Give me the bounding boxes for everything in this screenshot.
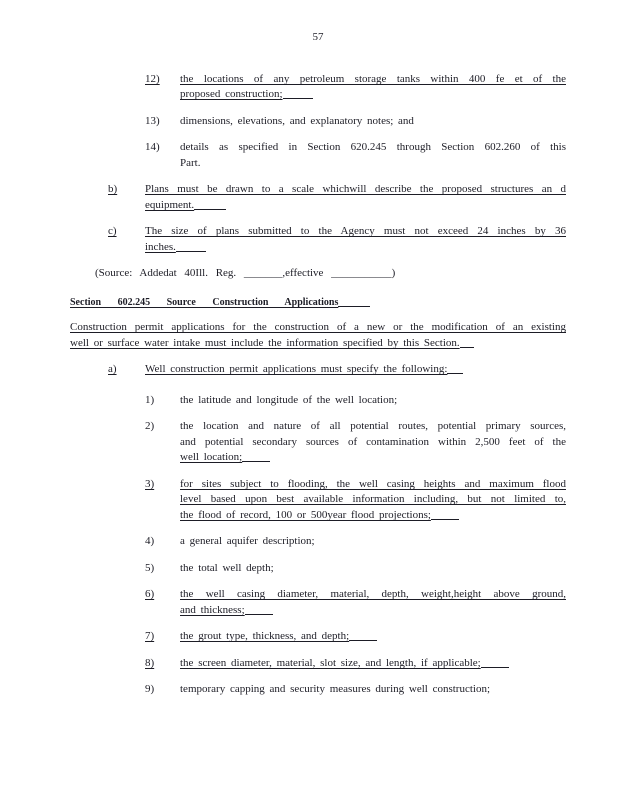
list-item-text: the well casing diameter, material, dept… — [180, 587, 566, 618]
list-item: 14)details as specified in Section 620.2… — [145, 140, 566, 171]
underline-tail — [283, 96, 313, 99]
list-item: Construction permit applications for the… — [70, 320, 566, 351]
list-item: a)Well construction permit applications … — [108, 362, 566, 378]
list-item-label: 6) — [145, 587, 180, 618]
list-item-label: 3) — [145, 477, 180, 524]
section-heading-text: Section 602.245 Source Construction Appl… — [70, 297, 338, 308]
list-item: 3)for sites subject to flooding, the wel… — [145, 477, 566, 524]
text-line: Part. — [180, 156, 566, 172]
text-line: the total well depth; — [180, 561, 566, 577]
list-item-a: a)Well construction permit applications … — [70, 362, 566, 378]
list-item-text: for sites subject to flooding, the well … — [180, 477, 566, 524]
underline-tail — [431, 517, 459, 520]
text-line: for sites subject to flooding, the well … — [180, 477, 566, 493]
list-items-b-c: b)Plans must be drawn to a scale whichwi… — [70, 182, 566, 255]
list-item-label: 14) — [145, 140, 180, 171]
list-item-text: the latitude and longitude of the well l… — [180, 393, 566, 409]
list-item-text: Plans must be drawn to a scale whichwill… — [145, 182, 566, 213]
underline-tail — [349, 638, 377, 641]
list-item-text: the screen diameter, material, slot size… — [180, 656, 566, 672]
list-item-text: the grout type, thickness, and depth; — [180, 629, 566, 645]
text-line: the grout type, thickness, and depth; — [180, 629, 566, 645]
source-note: (Source: Addedat 40Ill. Reg. _______,eff… — [95, 266, 566, 282]
underline-tail — [447, 371, 463, 374]
list-item-text: Construction permit applications for the… — [70, 320, 566, 351]
underline-tail — [242, 459, 270, 462]
list-item-label: 2) — [145, 419, 180, 466]
text-line: well or surface water intake must includ… — [70, 336, 566, 352]
list-item-text: The size of plans submitted to the Agenc… — [145, 224, 566, 255]
text-line: and potential secondary sources of conta… — [180, 435, 566, 451]
list-item-text: a general aquifer description; — [180, 534, 566, 550]
list-item-label: a) — [108, 362, 145, 378]
document-page: 57 12)the locations of any petroleum sto… — [0, 0, 618, 800]
list-item-text: temporary capping and security measures … — [180, 682, 566, 698]
underline-tail — [194, 207, 226, 210]
list-item: c)The size of plans submitted to the Age… — [108, 224, 566, 255]
list-item: 12)the locations of any petroleum storag… — [145, 72, 566, 103]
text-line: the well casing diameter, material, dept… — [180, 587, 566, 603]
text-line: Plans must be drawn to a scale whichwill… — [145, 182, 566, 198]
text-line: and thickness; — [180, 603, 566, 619]
list-item: 7)the grout type, thickness, and depth; — [145, 629, 566, 645]
text-line: the screen diameter, material, slot size… — [180, 656, 566, 672]
list-item-label: b) — [108, 182, 145, 213]
list-item-label: 1) — [145, 393, 180, 409]
list-item: 13)dimensions, elevations, and explanato… — [145, 114, 566, 130]
text-line: temporary capping and security measures … — [180, 682, 566, 698]
list-item-label: 8) — [145, 656, 180, 672]
text-line: the latitude and longitude of the well l… — [180, 393, 566, 409]
list-item: 1)the latitude and longitude of the well… — [145, 393, 566, 409]
text-line: the location and nature of all potential… — [180, 419, 566, 435]
text-line: The size of plans submitted to the Agenc… — [145, 224, 566, 240]
list-item-text: the total well depth; — [180, 561, 566, 577]
underline-tail — [481, 665, 509, 668]
section-heading: Section 602.245 Source Construction Appl… — [70, 295, 566, 311]
list-item: b)Plans must be drawn to a scale whichwi… — [108, 182, 566, 213]
list-item: 5)the total well depth; — [145, 561, 566, 577]
list-item-label: 7) — [145, 629, 180, 645]
page-number: 57 — [70, 30, 566, 46]
list-item: 9)temporary capping and security measure… — [145, 682, 566, 698]
text-line: level based upon best available informat… — [180, 492, 566, 508]
list-item-label: 12) — [145, 72, 180, 103]
text-line: dimensions, elevations, and explanatory … — [180, 114, 566, 130]
text-line: inches. — [145, 240, 566, 256]
list-item-text: the location and nature of all potential… — [180, 419, 566, 466]
underline-tail — [338, 304, 370, 307]
text-line: details as specified in Section 620.245 … — [180, 140, 566, 156]
list-item-text: dimensions, elevations, and explanatory … — [180, 114, 566, 130]
text-line: a general aquifer description; — [180, 534, 566, 550]
list-item: 4)a general aquifer description; — [145, 534, 566, 550]
list-item-label: 13) — [145, 114, 180, 130]
list-item-label: 9) — [145, 682, 180, 698]
list-item-text: details as specified in Section 620.245 … — [180, 140, 566, 171]
text-line: the flood of record, 100 or 500year floo… — [180, 508, 566, 524]
list-item: 8)the screen diameter, material, slot si… — [145, 656, 566, 672]
text-line: Construction permit applications for the… — [70, 320, 566, 336]
list-item: 6)the well casing diameter, material, de… — [145, 587, 566, 618]
text-line: Well construction permit applications mu… — [145, 362, 566, 378]
intro-paragraph: Construction permit applications for the… — [70, 320, 566, 351]
list-item-label: 5) — [145, 561, 180, 577]
underline-tail — [176, 249, 206, 252]
underline-tail — [460, 345, 474, 348]
page-content: 57 12)the locations of any petroleum sto… — [0, 0, 618, 698]
list-item-label: 4) — [145, 534, 180, 550]
list-item-text: the locations of any petroleum storage t… — [180, 72, 566, 103]
list-item: 2)the location and nature of all potenti… — [145, 419, 566, 466]
text-line: well location; — [180, 450, 566, 466]
underline-tail — [245, 612, 273, 615]
list-item-text: Well construction permit applications mu… — [145, 362, 566, 378]
list-items-12-14: 12)the locations of any petroleum storag… — [70, 72, 566, 172]
list-items-1-9: 1)the latitude and longitude of the well… — [70, 393, 566, 698]
text-line: proposed construction; — [180, 87, 566, 103]
list-item-label: c) — [108, 224, 145, 255]
text-line: the locations of any petroleum storage t… — [180, 72, 566, 88]
text-line: equipment. — [145, 198, 566, 214]
